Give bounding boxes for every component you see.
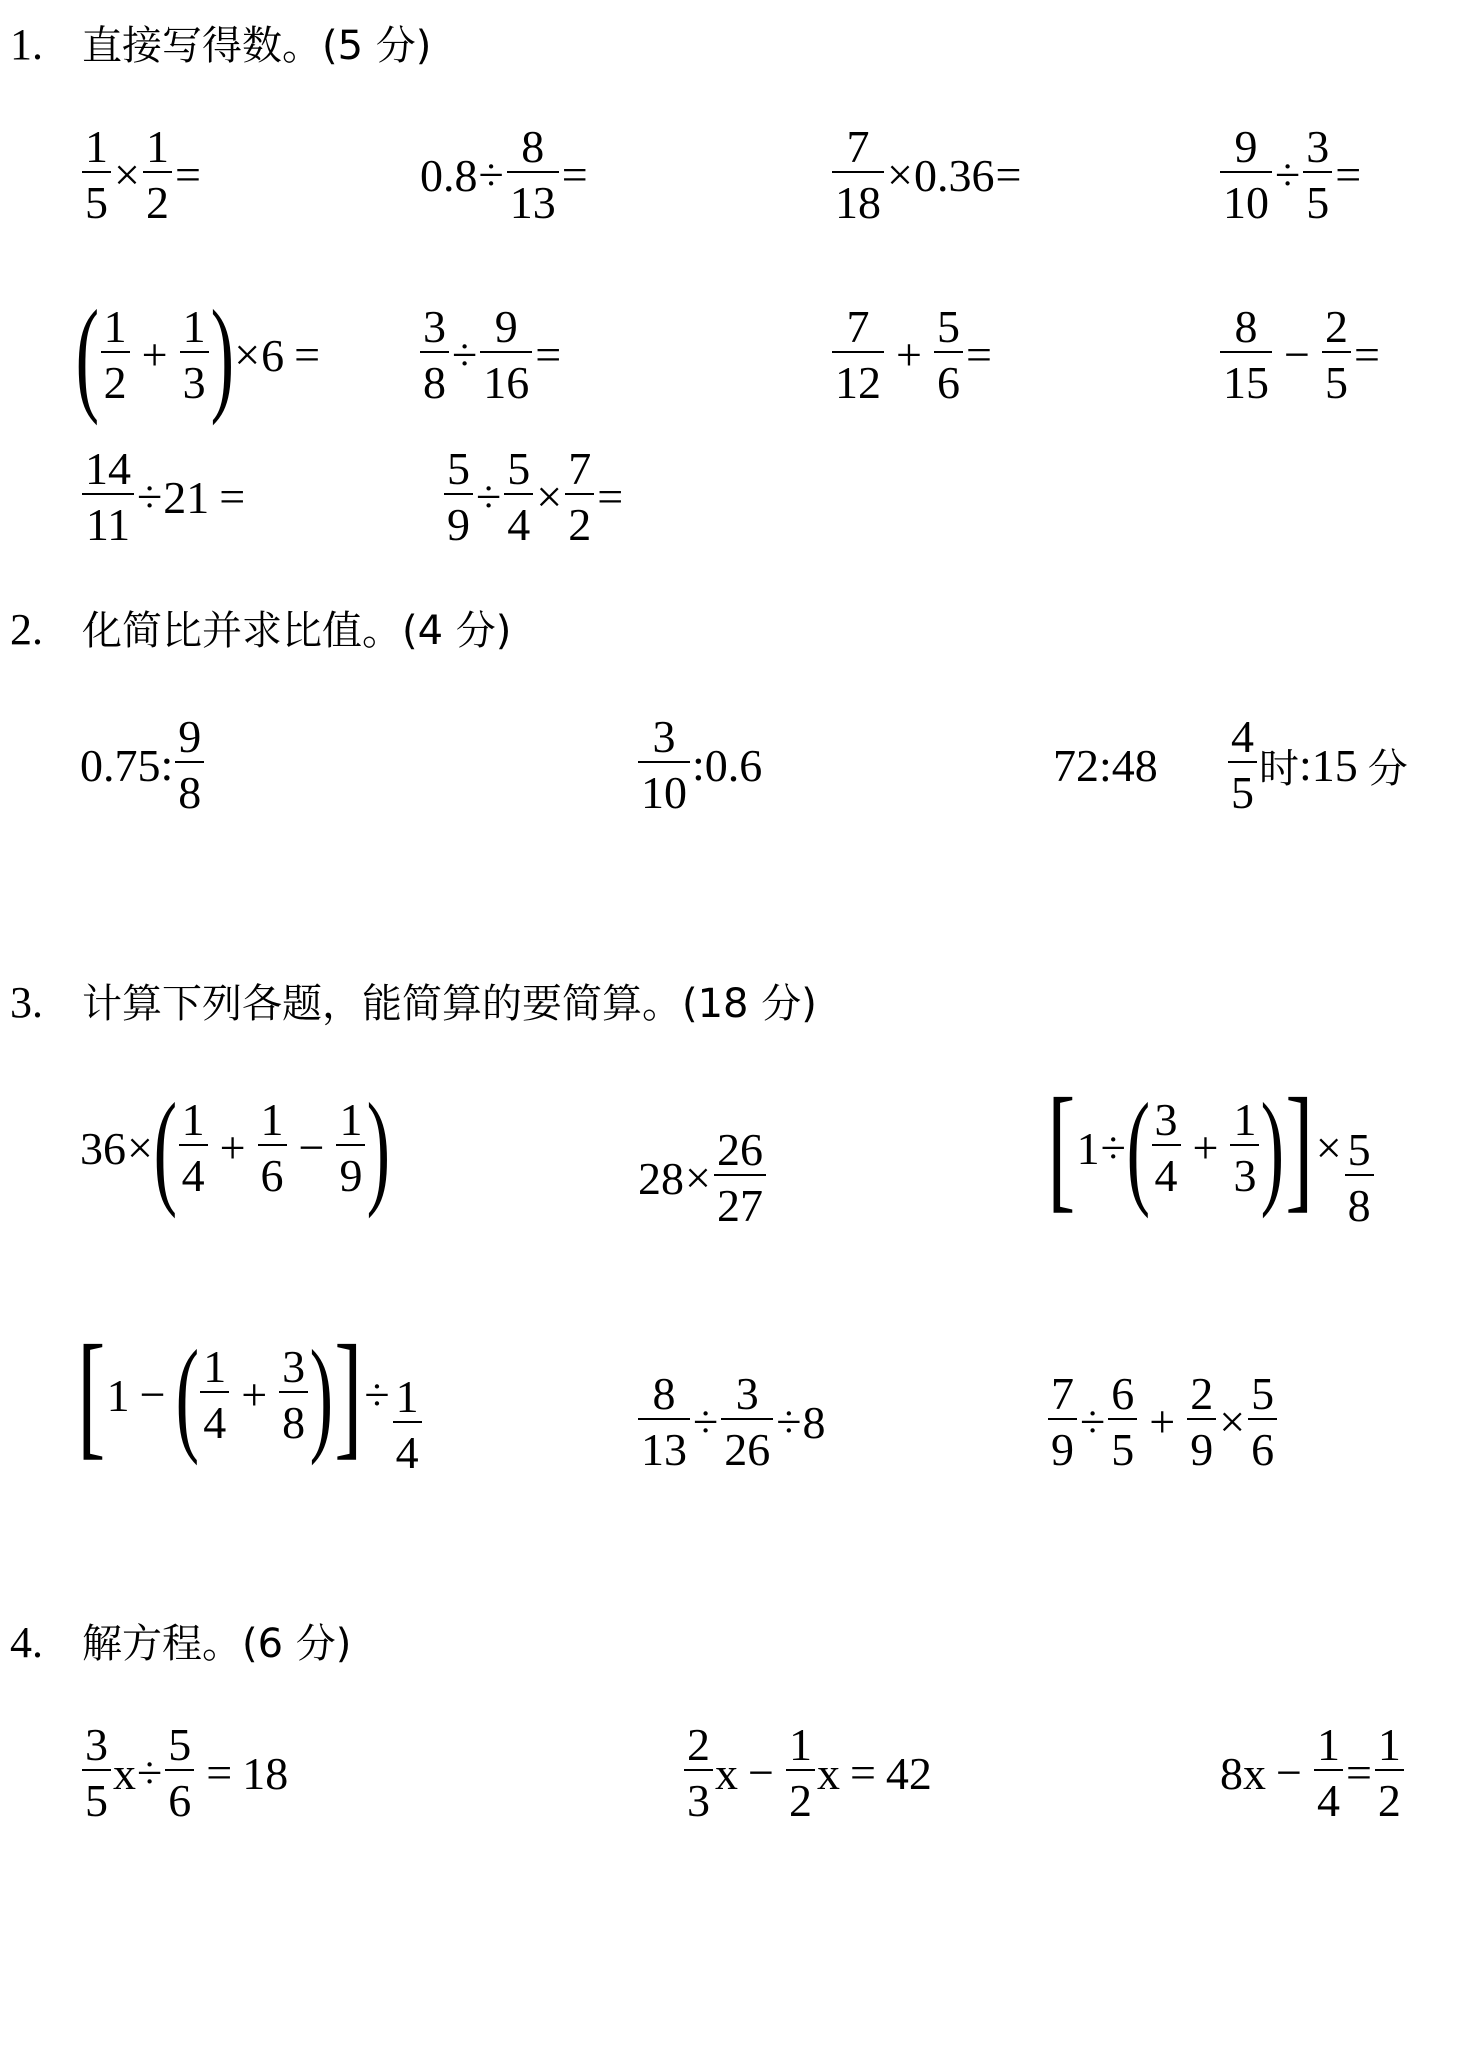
problem-3b: 28 × 2627	[638, 1118, 768, 1238]
fraction: 35	[1301, 123, 1334, 227]
left-paren: (	[154, 1084, 177, 1212]
fraction-bar	[1248, 1418, 1277, 1420]
fraction-bar	[258, 1144, 287, 1146]
fraction-bar	[1228, 761, 1257, 763]
fraction: 23	[682, 1721, 715, 1825]
fraction: 54	[502, 445, 535, 549]
section-number: 4.	[10, 1618, 82, 1668]
fraction-bar	[1220, 171, 1272, 173]
problem-4c: 8x − 14 = 12	[1220, 1713, 1406, 1833]
fraction-bar	[101, 351, 130, 353]
problem-3c: [ 1 ÷ ( 34 + 13 ) ] × 58	[1046, 1088, 1376, 1208]
fraction-bar	[444, 493, 473, 495]
problem-1c: 718 × 0.36 =	[830, 115, 1022, 235]
fraction-bar	[1220, 351, 1272, 353]
problem-4b: 23 x − 12 x = 42	[682, 1713, 932, 1833]
fraction-bar	[1187, 1418, 1216, 1420]
problem-2d: 45 时 : 15 分	[1226, 705, 1408, 825]
section-number: 1.	[10, 20, 82, 70]
problem-1f: 38 ÷ 916 =	[418, 295, 562, 415]
fraction-bar	[82, 171, 111, 173]
section-1-title: 1.直接写得数。(5 分)	[10, 20, 431, 71]
problem-2c: 72:48	[1053, 705, 1158, 825]
section-heading: 直接写得数。(5 分)	[82, 23, 431, 69]
fraction-bar	[638, 761, 690, 763]
fraction: 813	[505, 123, 561, 227]
right-bracket: ]	[1285, 1078, 1313, 1218]
problem-1h: 815 − 25 =	[1218, 295, 1381, 415]
fraction-bar	[1314, 1769, 1343, 1771]
fraction: 14	[198, 1343, 231, 1447]
fraction: 19	[334, 1096, 367, 1200]
fraction: 65	[1106, 1370, 1139, 1474]
fraction: 712	[830, 303, 886, 407]
fraction: 12	[784, 1721, 817, 1825]
section-4-title: 4.解方程。(6 分)	[10, 1618, 351, 1669]
fraction-bar	[1303, 171, 1332, 173]
fraction: 14	[1312, 1721, 1345, 1825]
fraction-bar	[420, 351, 449, 353]
right-paren: )	[310, 1331, 333, 1459]
fraction-bar	[393, 1421, 422, 1423]
left-paren: (	[76, 291, 99, 419]
fraction: 45	[1226, 713, 1259, 817]
right-bracket: ]	[334, 1325, 362, 1465]
fraction-bar	[143, 171, 172, 173]
problem-1g: 712 + 56 =	[830, 295, 993, 415]
left-bracket: [	[1047, 1078, 1075, 1218]
fraction: 15	[80, 123, 113, 227]
section-2-title: 2.化简比并求比值。(4 分)	[10, 605, 511, 656]
fraction-bar	[565, 493, 594, 495]
fraction-bar	[832, 351, 884, 353]
problem-3f: 79 ÷ 65 + 29 × 56	[1046, 1362, 1279, 1482]
fraction: 2627	[712, 1126, 768, 1230]
right-paren: )	[367, 1084, 390, 1212]
fraction: 34	[1150, 1096, 1183, 1200]
fraction: 79	[1046, 1370, 1079, 1474]
problem-1e: ( 12 + 13 ) × 6 =	[76, 295, 330, 415]
right-paren: )	[210, 291, 233, 419]
problem-1a: 15 × 12 =	[80, 115, 202, 235]
fraction-bar	[504, 493, 533, 495]
problem-1d: 910 ÷ 35 =	[1218, 115, 1362, 235]
fraction-bar	[1230, 1144, 1259, 1146]
fraction-bar	[1375, 1769, 1404, 1771]
fraction-bar	[336, 1144, 365, 1146]
left-paren: (	[1126, 1084, 1149, 1212]
left-bracket: [	[77, 1325, 105, 1465]
section-3-title: 3.计算下列各题，能简算的要简算。(18 分)	[10, 978, 817, 1029]
fraction: 56	[1246, 1370, 1279, 1474]
fraction: 56	[163, 1721, 196, 1825]
fraction: 72	[563, 445, 596, 549]
problem-4a: 35 x ÷ 56 = 18	[80, 1713, 288, 1833]
fraction: 13	[178, 303, 211, 407]
problem-2b: 310 : 0.6	[636, 705, 762, 825]
fraction: 910	[1218, 123, 1274, 227]
fraction: 718	[830, 123, 886, 227]
section-heading: 化简比并求比值。(4 分)	[82, 608, 511, 654]
fraction-bar	[1322, 351, 1351, 353]
fraction: 13	[1228, 1096, 1261, 1200]
fraction-bar	[721, 1418, 773, 1420]
fraction: 29	[1185, 1370, 1218, 1474]
problem-3d: [ 1 − ( 14 + 38 ) ] ÷ 14	[76, 1335, 424, 1455]
fraction: 98	[173, 713, 206, 817]
fraction: 813	[636, 1370, 692, 1474]
fraction: 16	[256, 1096, 289, 1200]
fraction-bar	[165, 1769, 194, 1771]
fraction: 310	[636, 713, 692, 817]
fraction-bar	[180, 351, 209, 353]
fraction-bar	[714, 1174, 766, 1176]
fraction: 38	[277, 1343, 310, 1447]
fraction: 815	[1218, 303, 1274, 407]
fraction-bar	[179, 1144, 208, 1146]
fraction-bar	[507, 171, 559, 173]
fraction-bar	[82, 493, 134, 495]
problem-1i: 1411 ÷ 21 =	[80, 437, 255, 557]
problem-1j: 59 ÷ 54 × 72 =	[442, 437, 624, 557]
fraction-bar	[1345, 1174, 1374, 1176]
problem-2a: 0.75 : 98	[80, 705, 206, 825]
fraction-bar	[1108, 1418, 1137, 1420]
section-heading: 计算下列各题，能简算的要简算。(18 分)	[82, 981, 817, 1027]
fraction: 58	[1343, 1126, 1376, 1230]
problem-3a: 36 × ( 14 + 16 − 19 )	[80, 1088, 390, 1208]
fraction-bar	[279, 1391, 308, 1393]
fraction: 14	[177, 1096, 210, 1200]
fraction: 12	[1373, 1721, 1406, 1825]
fraction: 35	[80, 1721, 113, 1825]
fraction-bar	[832, 171, 884, 173]
problem-1b: 0.8 ÷ 813 =	[420, 115, 589, 235]
fraction: 916	[478, 303, 534, 407]
fraction-bar	[638, 1418, 690, 1420]
left-paren: (	[175, 1331, 198, 1459]
fraction: 14	[391, 1373, 424, 1477]
fraction: 12	[99, 303, 132, 407]
fraction: 1411	[80, 445, 136, 549]
fraction: 12	[141, 123, 174, 227]
section-number: 3.	[10, 978, 82, 1028]
section-heading: 解方程。(6 分)	[82, 1621, 351, 1667]
section-number: 2.	[10, 605, 82, 655]
fraction: 56	[932, 303, 965, 407]
fraction: 326	[719, 1370, 775, 1474]
right-paren: )	[1261, 1084, 1284, 1212]
fraction-bar	[934, 351, 963, 353]
fraction-bar	[82, 1769, 111, 1771]
fraction: 25	[1320, 303, 1353, 407]
fraction-bar	[175, 761, 204, 763]
fraction-bar	[786, 1769, 815, 1771]
fraction-bar	[684, 1769, 713, 1771]
fraction: 59	[442, 445, 475, 549]
fraction-bar	[480, 351, 532, 353]
problem-3e: 813 ÷ 326 ÷ 8	[636, 1362, 826, 1482]
fraction-bar	[1048, 1418, 1077, 1420]
fraction-bar	[1152, 1144, 1181, 1146]
fraction: 38	[418, 303, 451, 407]
fraction-bar	[200, 1391, 229, 1393]
